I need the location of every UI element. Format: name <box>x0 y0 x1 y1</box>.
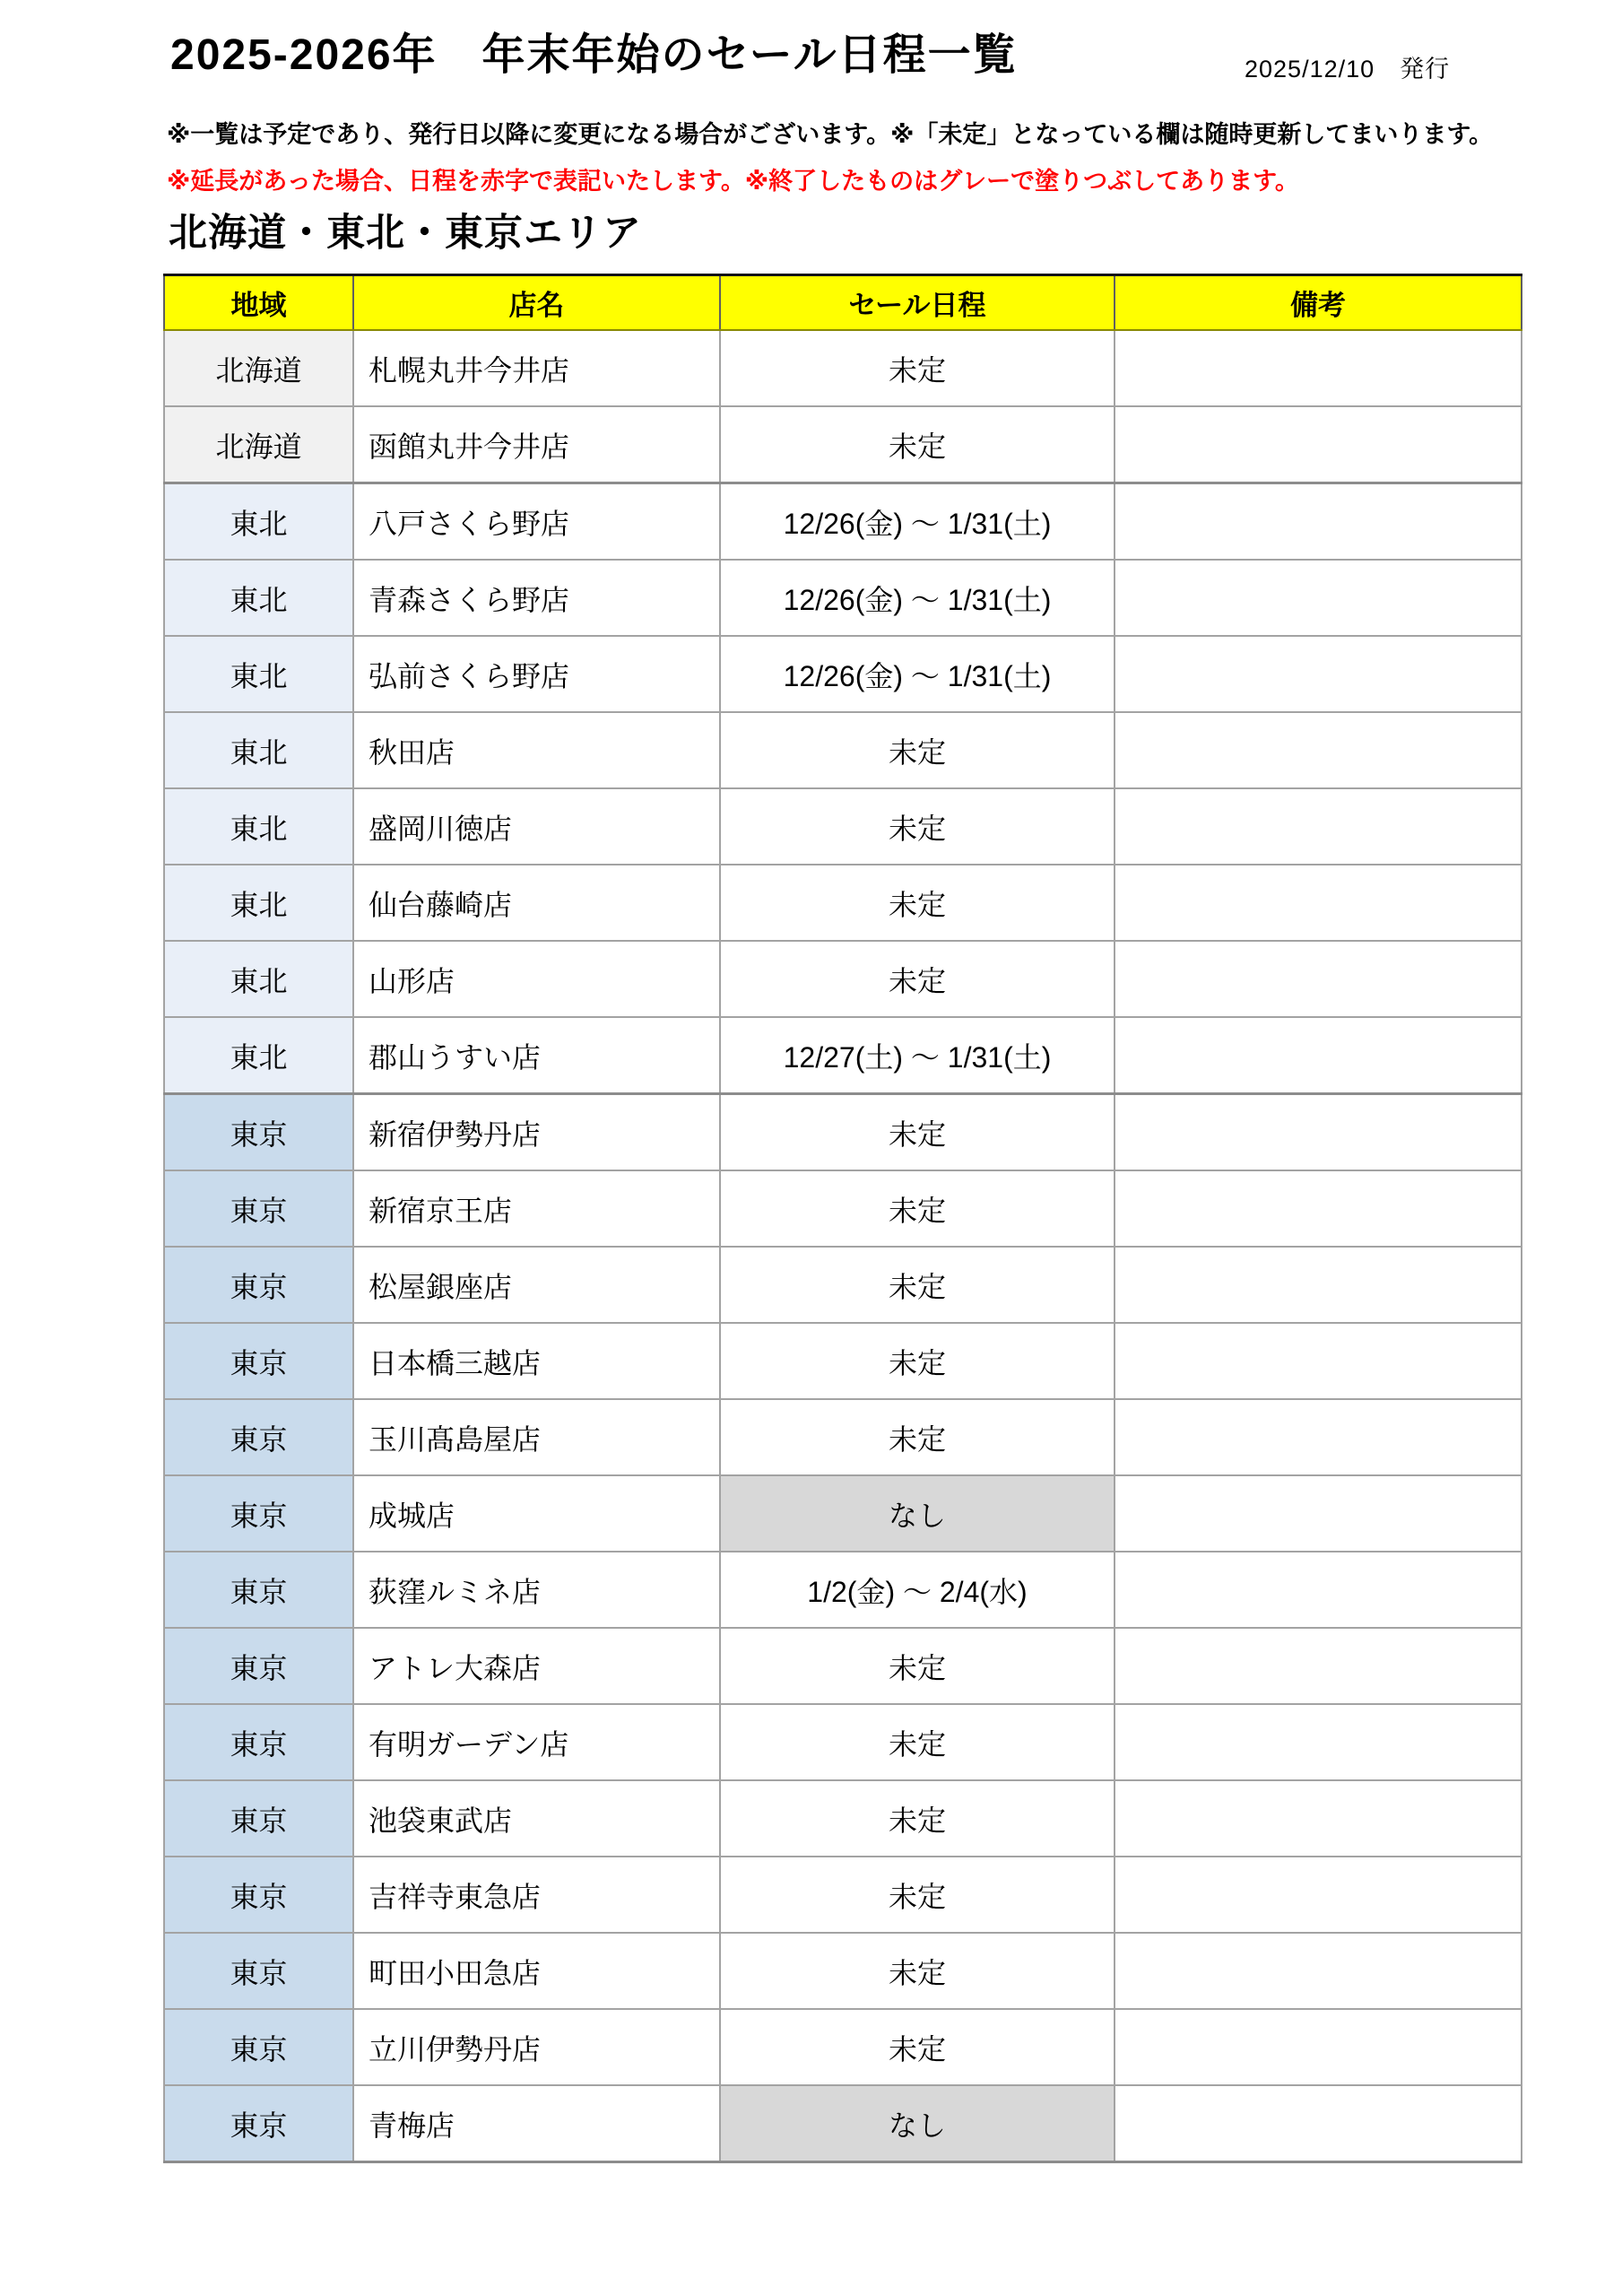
table-header: 地域 店名 セール日程 備考 <box>164 275 1522 331</box>
region-cell: 北海道 <box>164 330 353 406</box>
notice-general: ※一覧は予定であり、発行日以降に変更になる場合がございます。※「未定」となってい… <box>167 115 1493 150</box>
region-cell: 東京 <box>164 1475 353 1552</box>
table-row: 東京 新宿伊勢丹店 未定 <box>164 1094 1522 1171</box>
issue-date: 2025/12/10 発行 <box>1245 49 1450 84</box>
schedule-cell: 12/26(金) ～ 1/31(土) <box>720 483 1115 561</box>
store-cell: 町田小田急店 <box>353 1933 720 2009</box>
store-cell: 函館丸井今井店 <box>353 406 720 483</box>
table-row: 北海道 函館丸井今井店 未定 <box>164 406 1522 483</box>
schedule-cell: 未定 <box>720 1780 1115 1857</box>
note-cell <box>1115 2085 1522 2162</box>
note-cell <box>1115 865 1522 941</box>
store-cell: 山形店 <box>353 941 720 1017</box>
region-cell: 東北 <box>164 1017 353 1094</box>
schedule-cell: 未定 <box>720 1704 1115 1780</box>
note-cell <box>1115 1094 1522 1171</box>
store-cell: 新宿京王店 <box>353 1170 720 1247</box>
table-row: 東京 新宿京王店 未定 <box>164 1170 1522 1247</box>
note-cell <box>1115 1247 1522 1323</box>
note-cell <box>1115 1628 1522 1704</box>
note-cell <box>1115 636 1522 712</box>
schedule-cell: 未定 <box>720 712 1115 788</box>
schedule-cell: 未定 <box>720 2009 1115 2085</box>
region-cell: 東北 <box>164 788 353 865</box>
region-cell: 東北 <box>164 483 353 561</box>
note-cell <box>1115 712 1522 788</box>
table-row: 東京 町田小田急店 未定 <box>164 1933 1522 2009</box>
table-row: 北海道 札幌丸井今井店 未定 <box>164 330 1522 406</box>
notice-extension: ※延長があった場合、日程を赤字で表記いたします。※終了したものはグレーで塗りつぶ… <box>167 161 1299 196</box>
store-cell: 荻窪ルミネ店 <box>353 1552 720 1628</box>
region-cell: 東京 <box>164 1399 353 1475</box>
schedule-cell: 1/2(金) ～ 2/4(水) <box>720 1552 1115 1628</box>
section-title-area: 北海道・東北・東京エリア <box>169 203 642 257</box>
table-row: 東北 山形店 未定 <box>164 941 1522 1017</box>
note-cell <box>1115 1475 1522 1552</box>
note-cell <box>1115 560 1522 636</box>
note-cell <box>1115 941 1522 1017</box>
store-cell: 玉川髙島屋店 <box>353 1399 720 1475</box>
schedule-cell: 未定 <box>720 1933 1115 2009</box>
table-row: 東北 郡山うすい店 12/27(土) ～ 1/31(土) <box>164 1017 1522 1094</box>
region-cell: 東北 <box>164 941 353 1017</box>
store-cell: 札幌丸井今井店 <box>353 330 720 406</box>
schedule-cell: 未定 <box>720 1247 1115 1323</box>
page-title: 2025-2026年 年末年始のセール日程一覧 <box>170 20 1018 82</box>
region-cell: 東北 <box>164 560 353 636</box>
note-cell <box>1115 1399 1522 1475</box>
table-row: 東京 荻窪ルミネ店 1/2(金) ～ 2/4(水) <box>164 1552 1522 1628</box>
schedule-cell: なし <box>720 1475 1115 1552</box>
table-row: 東京 池袋東武店 未定 <box>164 1780 1522 1857</box>
note-cell <box>1115 483 1522 561</box>
table-row: 東北 仙台藤崎店 未定 <box>164 865 1522 941</box>
header-row: 地域 店名 セール日程 備考 <box>164 275 1522 331</box>
table-row: 東北 盛岡川徳店 未定 <box>164 788 1522 865</box>
page: 2025-2026年 年末年始のセール日程一覧 2025/12/10 発行 ※一… <box>0 0 1622 2296</box>
region-cell: 東京 <box>164 1323 353 1399</box>
schedule-cell: 未定 <box>720 1628 1115 1704</box>
note-cell <box>1115 330 1522 406</box>
store-cell: アトレ大森店 <box>353 1628 720 1704</box>
region-cell: 東京 <box>164 1170 353 1247</box>
region-cell: 東京 <box>164 1933 353 2009</box>
region-cell: 東京 <box>164 2009 353 2085</box>
table-row: 東京 日本橋三越店 未定 <box>164 1323 1522 1399</box>
store-cell: 八戸さくら野店 <box>353 483 720 561</box>
table-row: 東京 松屋銀座店 未定 <box>164 1247 1522 1323</box>
note-cell <box>1115 1017 1522 1094</box>
store-cell: 盛岡川徳店 <box>353 788 720 865</box>
col-header-note: 備考 <box>1115 275 1522 331</box>
store-cell: 弘前さくら野店 <box>353 636 720 712</box>
schedule-cell: 未定 <box>720 941 1115 1017</box>
store-cell: 郡山うすい店 <box>353 1017 720 1094</box>
schedule-cell: 12/27(土) ～ 1/31(土) <box>720 1017 1115 1094</box>
region-cell: 北海道 <box>164 406 353 483</box>
col-header-region: 地域 <box>164 275 353 331</box>
region-cell: 東北 <box>164 636 353 712</box>
table-body: 北海道 札幌丸井今井店 未定 北海道 函館丸井今井店 未定 東北 八戸さくら野店… <box>164 330 1522 2162</box>
table-row: 東京 成城店 なし <box>164 1475 1522 1552</box>
store-cell: 青森さくら野店 <box>353 560 720 636</box>
table-row: 東京 立川伊勢丹店 未定 <box>164 2009 1522 2085</box>
table-row: 東北 青森さくら野店 12/26(金) ～ 1/31(土) <box>164 560 1522 636</box>
note-cell <box>1115 406 1522 483</box>
schedule-cell: 未定 <box>720 1399 1115 1475</box>
region-cell: 東京 <box>164 1094 353 1171</box>
region-cell: 東京 <box>164 2085 353 2162</box>
store-cell: 立川伊勢丹店 <box>353 2009 720 2085</box>
schedule-cell: 未定 <box>720 330 1115 406</box>
store-cell: 仙台藤崎店 <box>353 865 720 941</box>
sale-schedule-table: 地域 店名 セール日程 備考 北海道 札幌丸井今井店 未定 北海道 函館丸井今井… <box>163 274 1522 2163</box>
schedule-cell: なし <box>720 2085 1115 2162</box>
schedule-cell: 12/26(金) ～ 1/31(土) <box>720 560 1115 636</box>
region-cell: 東京 <box>164 1704 353 1780</box>
table-row: 東京 有明ガーデン店 未定 <box>164 1704 1522 1780</box>
store-cell: 秋田店 <box>353 712 720 788</box>
note-cell <box>1115 1704 1522 1780</box>
note-cell <box>1115 1780 1522 1857</box>
region-cell: 東京 <box>164 1780 353 1857</box>
region-cell: 東京 <box>164 1247 353 1323</box>
note-cell <box>1115 1323 1522 1399</box>
table-row: 東京 吉祥寺東急店 未定 <box>164 1857 1522 1933</box>
schedule-cell: 未定 <box>720 1857 1115 1933</box>
col-header-store: 店名 <box>353 275 720 331</box>
store-cell: 新宿伊勢丹店 <box>353 1094 720 1171</box>
note-cell <box>1115 1170 1522 1247</box>
store-cell: 青梅店 <box>353 2085 720 2162</box>
table-row: 東北 秋田店 未定 <box>164 712 1522 788</box>
note-cell <box>1115 1552 1522 1628</box>
store-cell: 池袋東武店 <box>353 1780 720 1857</box>
store-cell: 日本橋三越店 <box>353 1323 720 1399</box>
schedule-cell: 未定 <box>720 788 1115 865</box>
region-cell: 東北 <box>164 712 353 788</box>
schedule-cell: 未定 <box>720 1094 1115 1171</box>
table-row: 東北 八戸さくら野店 12/26(金) ～ 1/31(土) <box>164 483 1522 561</box>
schedule-cell: 未定 <box>720 1323 1115 1399</box>
schedule-cell: 未定 <box>720 865 1115 941</box>
schedule-cell: 未定 <box>720 406 1115 483</box>
store-cell: 有明ガーデン店 <box>353 1704 720 1780</box>
table-row: 東北 弘前さくら野店 12/26(金) ～ 1/31(土) <box>164 636 1522 712</box>
note-cell <box>1115 1857 1522 1933</box>
region-cell: 東京 <box>164 1857 353 1933</box>
store-cell: 吉祥寺東急店 <box>353 1857 720 1933</box>
note-cell <box>1115 1933 1522 2009</box>
col-header-schedule: セール日程 <box>720 275 1115 331</box>
region-cell: 東北 <box>164 865 353 941</box>
table-row: 東京 青梅店 なし <box>164 2085 1522 2162</box>
store-cell: 松屋銀座店 <box>353 1247 720 1323</box>
table-row: 東京 アトレ大森店 未定 <box>164 1628 1522 1704</box>
schedule-cell: 未定 <box>720 1170 1115 1247</box>
table-row: 東京 玉川髙島屋店 未定 <box>164 1399 1522 1475</box>
note-cell <box>1115 2009 1522 2085</box>
note-cell <box>1115 788 1522 865</box>
schedule-cell: 12/26(金) ～ 1/31(土) <box>720 636 1115 712</box>
region-cell: 東京 <box>164 1628 353 1704</box>
region-cell: 東京 <box>164 1552 353 1628</box>
store-cell: 成城店 <box>353 1475 720 1552</box>
